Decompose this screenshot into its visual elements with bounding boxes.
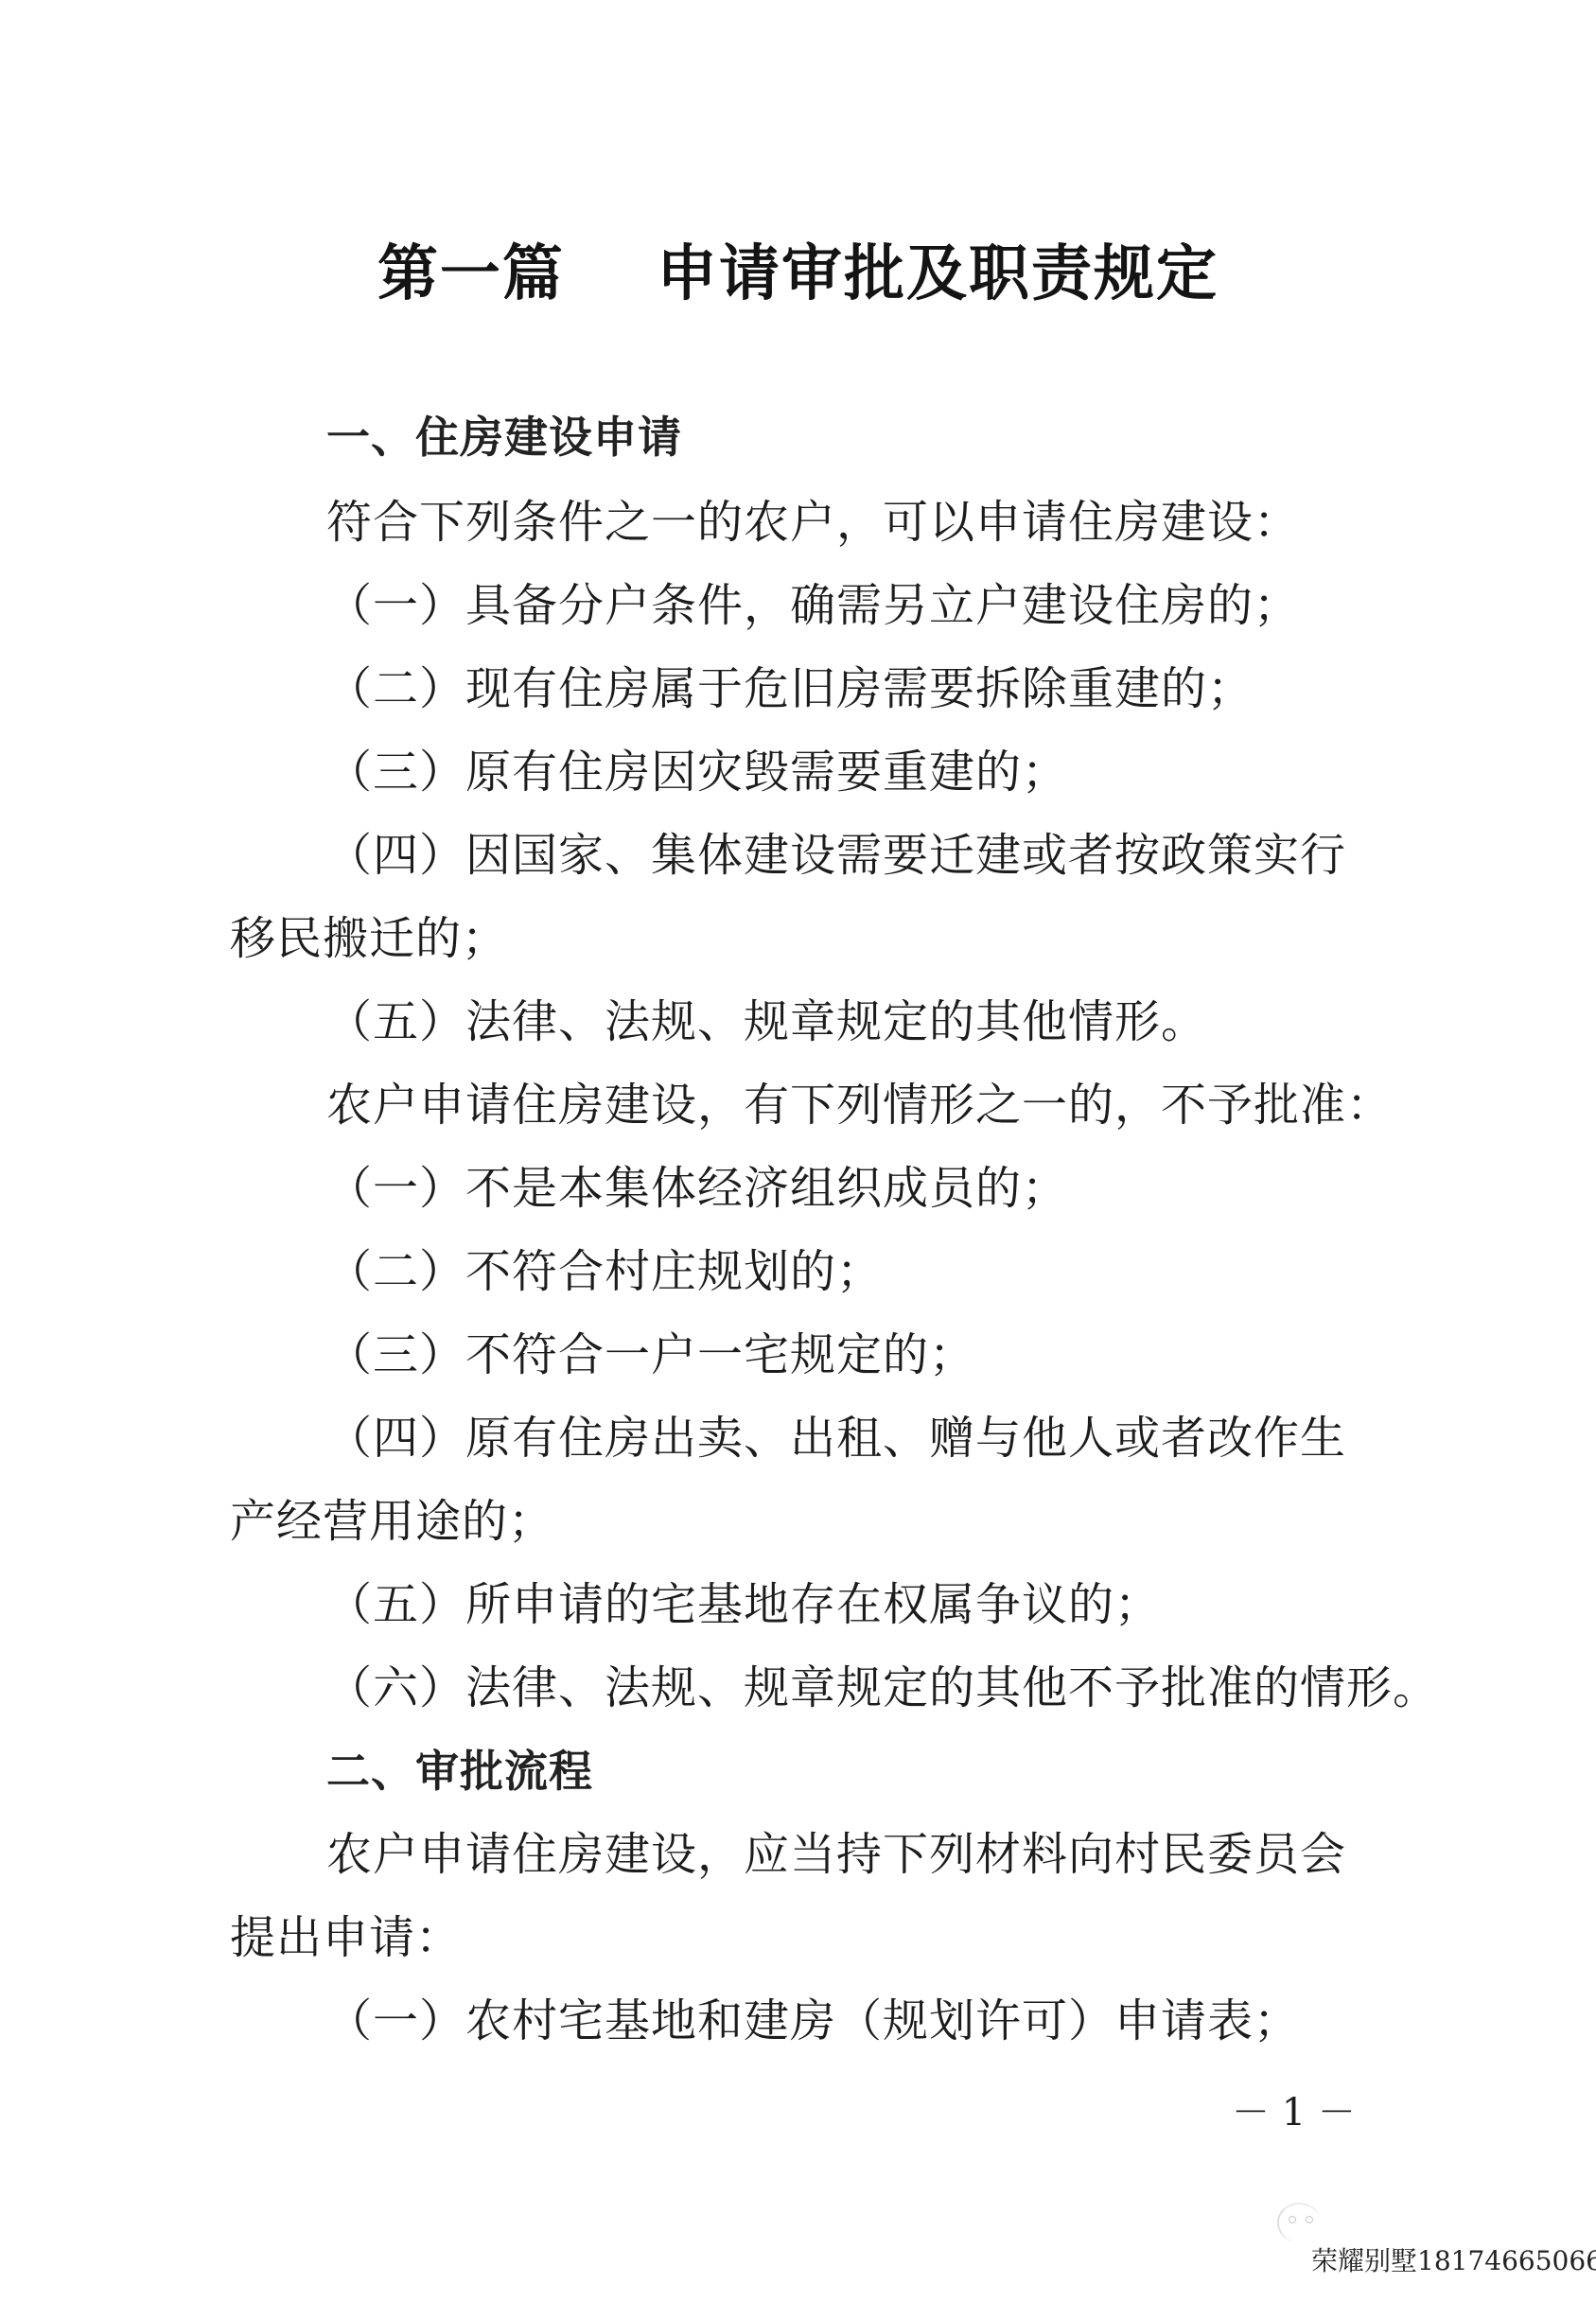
section-heading: 一、住房建设申请 (326, 409, 682, 465)
document-page: 第一篇 申请审批及职责规定 一、住房建设申请 符合下列条件之一的农户，可以申请住… (0, 0, 1596, 2301)
list-item: （一）农村宅基地和建房（规划许可）申请表； (326, 1993, 1300, 2049)
list-item: （一）不是本集体经济组织成员的； (326, 1160, 1068, 1217)
list-item: （四）因国家、集体建设需要迁建或者按政策实行 (326, 827, 1346, 884)
section-heading: 二、审批流程 (326, 1743, 593, 1800)
list-item: （一）具备分户条件，确需另立户建设住房的； (326, 577, 1300, 634)
paragraph-line: 符合下列条件之一的农户，可以申请住房建设： (326, 494, 1300, 551)
list-item: （三）原有住房因灾毁需要重建的； (326, 744, 1068, 800)
wechat-icon-eye (1289, 2216, 1296, 2223)
page-number: － 1 － (1232, 2089, 1356, 2136)
page-title: 第一篇 申请审批及职责规定 (0, 237, 1596, 312)
list-item: （三）不符合一户一宅规定的； (326, 1326, 975, 1383)
paragraph-continuation: 提出申请： (230, 1909, 462, 1966)
list-item-continuation: 移民搬迁的； (230, 910, 508, 967)
list-item: （二）不符合村庄规划的； (326, 1243, 883, 1300)
list-item: （六）法律、法规、规章规定的其他不予批准的情形。 (326, 1660, 1439, 1716)
wechat-icon (1277, 2203, 1321, 2242)
paragraph-line: 农户申请住房建设，应当持下列材料向村民委员会 (326, 1826, 1346, 1883)
paragraph-line: 农户申请住房建设，有下列情形之一的，不予批准： (326, 1077, 1393, 1133)
list-item: （五）所申请的宅基地存在权属争议的； (326, 1576, 1161, 1633)
list-item: （四）原有住房出卖、出租、赠与他人或者改作生 (326, 1410, 1346, 1467)
wechat-icon-eye (1306, 2216, 1313, 2223)
list-item-continuation: 产经营用途的； (230, 1493, 554, 1550)
watermark-text: 荣耀别墅18174665066 (1311, 2244, 1596, 2278)
list-item: （五）法律、法规、规章规定的其他情形。 (326, 993, 1207, 1050)
list-item: （二）现有住房属于危旧房需要拆除重建的； (326, 660, 1254, 717)
